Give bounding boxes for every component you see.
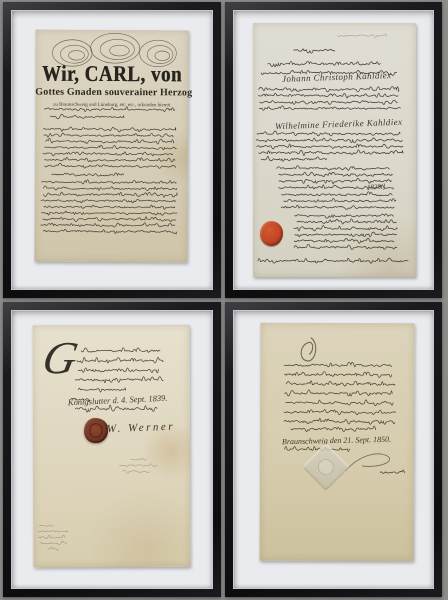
frame-top-left: Wir, CARL, von Gottes Gnaden souverainer… xyxy=(3,2,221,298)
patent-heading-line1: Wir, CARL, von xyxy=(35,62,188,85)
manuscript-receipt-1839: G Königslutter d. 4. Sept. 1839. W. Wern… xyxy=(33,325,191,567)
manuscript-letter-1850: Braunschweig den 21. Sept. 1850. xyxy=(259,323,414,561)
mat-top-right: Johann Christoph Kahldiex Wilhelmine Fri… xyxy=(233,10,435,290)
red-wax-seal xyxy=(260,221,283,246)
mat-top-left: Wir, CARL, von Gottes Gnaden souverainer… xyxy=(11,10,213,290)
mat-bottom-left: G Königslutter d. 4. Sept. 1839. W. Wern… xyxy=(11,310,213,590)
photo-of-framed-documents: Wir, CARL, von Gottes Gnaden souverainer… xyxy=(0,0,448,600)
patent-heading-line2: Gottes Gnaden souverainer Herzog xyxy=(35,87,188,98)
patent-heading-line3: zu Braunschweig und Lüneburg, etc. etc.,… xyxy=(35,102,188,108)
certificate-year-note: 1829.] xyxy=(367,184,386,192)
mat-bottom-right: Braunschweig den 21. Sept. 1850. xyxy=(233,310,435,590)
manuscript-ducal-patent: Wir, CARL, von Gottes Gnaden souverainer… xyxy=(35,29,189,262)
receipt-signature: W. Werner xyxy=(107,421,176,435)
manuscript-certificate-1829: Johann Christoph Kahldiex Wilhelmine Fri… xyxy=(253,23,416,277)
frame-bottom-right: Braunschweig den 21. Sept. 1850. xyxy=(225,302,443,598)
frame-bottom-left: G Königslutter d. 4. Sept. 1839. W. Wern… xyxy=(3,302,221,598)
frame-top-right: Johann Christoph Kahldiex Wilhelmine Fri… xyxy=(225,2,443,298)
